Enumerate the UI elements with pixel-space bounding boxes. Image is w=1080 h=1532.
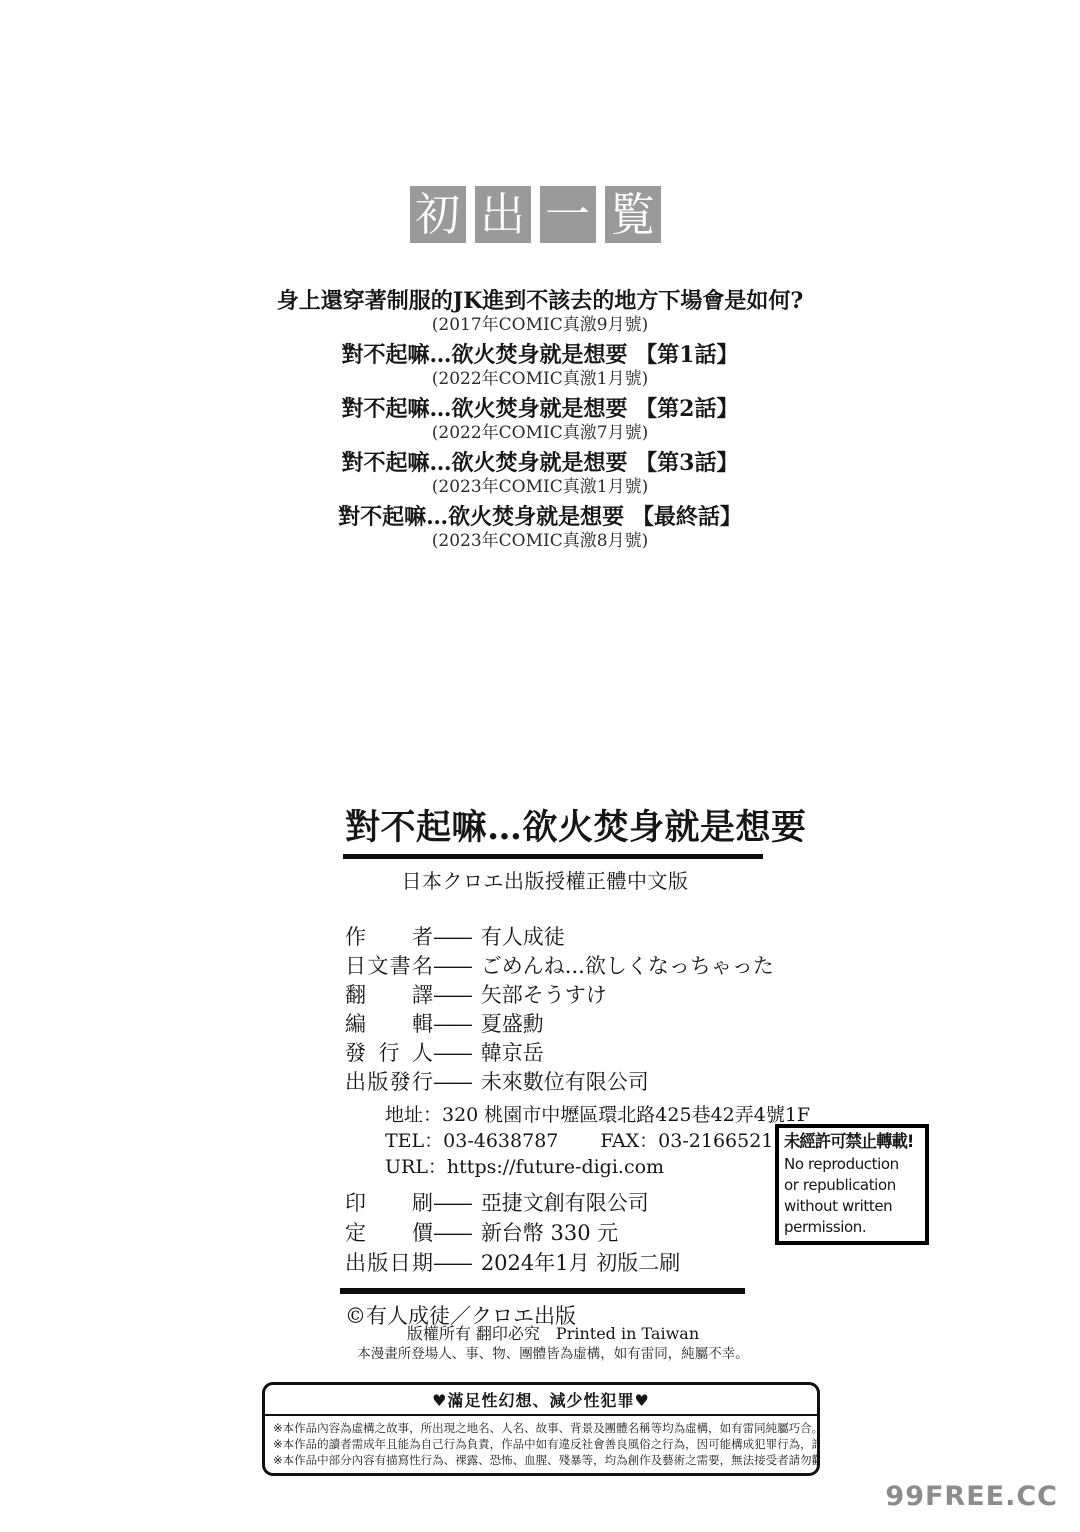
entry-title: 對不起嘛…欲火焚身就是想要 【最終話】 bbox=[0, 504, 1080, 530]
credit-value: 矢部そうすけ bbox=[481, 983, 607, 1007]
disclaimer-line: ※本作品中部分內容有描寫性行為、裸露、恐怖、血腥、殘暴等，均為創作及藝術之需要，… bbox=[273, 1452, 809, 1468]
publication-value: 亞捷文創有限公司 bbox=[481, 1191, 649, 1215]
leader-dash: —— bbox=[433, 1251, 471, 1275]
heading-char-box: 初 bbox=[410, 186, 466, 243]
leader-dash: —— bbox=[433, 1070, 471, 1094]
no-reproduction-en-line: No reproduction bbox=[784, 1154, 921, 1175]
publisher-url: URL：https://future-digi.com bbox=[385, 1154, 775, 1180]
entry-source: (2022年COMIC真激1月號) bbox=[0, 368, 1080, 390]
entry-title: 身上還穿著制服的JK進到不該去的地方下場會是如何? bbox=[0, 288, 1080, 314]
list-item: 對不起嘛…欲火焚身就是想要 【最終話】 (2023年COMIC真激8月號) bbox=[0, 504, 1080, 552]
credit-row-publisher-person: 發行人——韓京岳 bbox=[345, 1039, 775, 1068]
heading-char-box: 一 bbox=[540, 186, 596, 243]
divider-rule bbox=[340, 1288, 745, 1294]
leader-dash: —— bbox=[433, 1221, 471, 1245]
list-item: 對不起嘛…欲火焚身就是想要 【第3話】 (2023年COMIC真激1月號) bbox=[0, 450, 1080, 498]
colophon-page: 初 出 一 覧 身上還穿著制服的JK進到不該去的地方下場會是如何? (2017年… bbox=[0, 0, 1080, 1532]
no-reproduction-cjk: 未經許可禁止轉載! bbox=[784, 1131, 913, 1154]
credit-label: 出版發行 bbox=[345, 1068, 433, 1097]
leader-dash: —— bbox=[433, 954, 471, 978]
list-item: 對不起嘛…欲火焚身就是想要 【第1話】 (2022年COMIC真激1月號) bbox=[0, 342, 1080, 390]
entry-title: 對不起嘛…欲火焚身就是想要 【第2話】 bbox=[0, 396, 1080, 422]
entry-title: 對不起嘛…欲火焚身就是想要 【第3話】 bbox=[0, 450, 1080, 476]
publisher-phone-line: TEL：03-4638787FAX：03-2166521 bbox=[385, 1128, 775, 1154]
credit-row-jp-title: 日文書名——ごめんね...欲しくなっちゃった bbox=[345, 952, 775, 981]
leader-dash: —— bbox=[433, 925, 471, 949]
leader-dash: —— bbox=[433, 1041, 471, 1065]
disclaimer-heading: ♥滿足性幻想、減少性犯罪♥ bbox=[265, 1385, 817, 1416]
colophon-block: 對不起嘛…欲火焚身就是想要 日本クロエ出版授權正體中文版 作者——有人成徒 日文… bbox=[345, 806, 775, 1329]
credit-row-translator: 翻譯——矢部そうすけ bbox=[345, 981, 775, 1010]
disclaimer-lines: ※本作品內容為虛構之故事，所出現之地名、人名、故事、背景及團體名稱等均為虛構，如… bbox=[265, 1416, 817, 1473]
credit-label: 編輯 bbox=[345, 1010, 433, 1039]
entry-source: (2023年COMIC真激1月號) bbox=[0, 476, 1080, 498]
publication-label: 印刷 bbox=[345, 1188, 433, 1218]
fiction-disclaimer-line: 本漫畫所登場人、事、物、團體皆為虛構，如有雷同，純屬不幸。 bbox=[13, 1346, 1080, 1363]
first-publication-list: 身上還穿著制服的JK進到不該去的地方下場會是如何? (2017年COMIC真激9… bbox=[0, 288, 1080, 558]
no-reproduction-en-line: or republication bbox=[784, 1175, 921, 1196]
title-underline bbox=[343, 854, 763, 859]
publication-label: 出版日期 bbox=[345, 1248, 433, 1278]
license-line: 日本クロエ出版授權正體中文版 bbox=[345, 868, 745, 894]
no-reproduction-box: 未經許可禁止轉載! No reproduction or republicati… bbox=[775, 1124, 929, 1245]
credit-label: 作者 bbox=[345, 923, 433, 952]
list-item: 對不起嘛…欲火焚身就是想要 【第2話】 (2022年COMIC真激7月號) bbox=[0, 396, 1080, 444]
disclaimer-line: ※本作品的讀者需成年且能為自己行為負責，作品中如有違反社會善良風俗之行為，因可能… bbox=[273, 1436, 809, 1452]
credit-value: 未來數位有限公司 bbox=[481, 1070, 649, 1094]
publication-value: 2024年1月 初版二刷 bbox=[481, 1251, 680, 1275]
leader-dash: —— bbox=[433, 1012, 471, 1036]
content-disclaimer-box: ♥滿足性幻想、減少性犯罪♥ ※本作品內容為虛構之故事，所出現之地名、人名、故事、… bbox=[262, 1382, 820, 1476]
credit-row-editor: 編輯——夏盛勳 bbox=[345, 1010, 775, 1039]
list-item: 身上還穿著制服的JK進到不該去的地方下場會是如何? (2017年COMIC真激9… bbox=[0, 288, 1080, 336]
no-reproduction-en-line: permission. bbox=[784, 1217, 921, 1238]
credit-label: 發行人 bbox=[345, 1039, 433, 1068]
publisher-tel: TEL：03-4638787 bbox=[385, 1130, 558, 1152]
site-watermark: 99FREE.CC bbox=[885, 1481, 1058, 1512]
entry-title: 對不起嘛…欲火焚身就是想要 【第1話】 bbox=[0, 342, 1080, 368]
disclaimer-line: ※本作品內容為虛構之故事，所出現之地名、人名、故事、背景及團體名稱等均為虛構，如… bbox=[273, 1420, 809, 1436]
credit-value: ごめんね...欲しくなっちゃった bbox=[481, 954, 774, 978]
credit-label: 翻譯 bbox=[345, 981, 433, 1010]
credit-value: 夏盛勳 bbox=[481, 1012, 544, 1036]
credits-list: 作者——有人成徒 日文書名——ごめんね...欲しくなっちゃった 翻譯——矢部そう… bbox=[345, 923, 775, 1097]
credit-row-author: 作者——有人成徒 bbox=[345, 923, 775, 952]
publication-value: 新台幣 330 元 bbox=[481, 1221, 618, 1245]
leader-dash: —— bbox=[433, 983, 471, 1007]
publication-row-price: 定價——新台幣 330 元 bbox=[345, 1218, 775, 1248]
publication-info-list: 印刷——亞捷文創有限公司 定價——新台幣 330 元 出版日期——2024年1月… bbox=[345, 1188, 775, 1278]
entry-source: (2023年COMIC真激8月號) bbox=[0, 530, 1080, 552]
publication-row-date: 出版日期——2024年1月 初版二刷 bbox=[345, 1248, 775, 1278]
publisher-address: 地址：320 桃園市中壢區環北路425巷42弄4號1F bbox=[385, 1102, 775, 1128]
publication-row-printer: 印刷——亞捷文創有限公司 bbox=[345, 1188, 775, 1218]
credit-value: 有人成徒 bbox=[481, 925, 565, 949]
no-reproduction-en-line: without written bbox=[784, 1196, 921, 1217]
heading-char-box: 出 bbox=[475, 186, 531, 243]
heading-char-box: 覧 bbox=[605, 186, 661, 243]
credit-value: 韓京岳 bbox=[481, 1041, 544, 1065]
first-publication-heading: 初 出 一 覧 bbox=[0, 186, 1070, 243]
entry-source: (2022年COMIC真激7月號) bbox=[0, 422, 1080, 444]
leader-dash: —— bbox=[433, 1191, 471, 1215]
rights-line: 版權所有 翻印必究 Printed in Taiwan bbox=[13, 1324, 1080, 1344]
book-title: 對不起嘛…欲火焚身就是想要 bbox=[345, 806, 775, 850]
credit-row-publishing-company: 出版發行——未來數位有限公司 bbox=[345, 1068, 775, 1097]
credit-label: 日文書名 bbox=[345, 952, 433, 981]
publication-label: 定價 bbox=[345, 1218, 433, 1248]
entry-source: (2017年COMIC真激9月號) bbox=[0, 314, 1080, 336]
publisher-contact-block: 地址：320 桃園市中壢區環北路425巷42弄4號1F TEL：03-46387… bbox=[385, 1102, 775, 1180]
publisher-fax: FAX：03-2166521 bbox=[600, 1130, 773, 1152]
